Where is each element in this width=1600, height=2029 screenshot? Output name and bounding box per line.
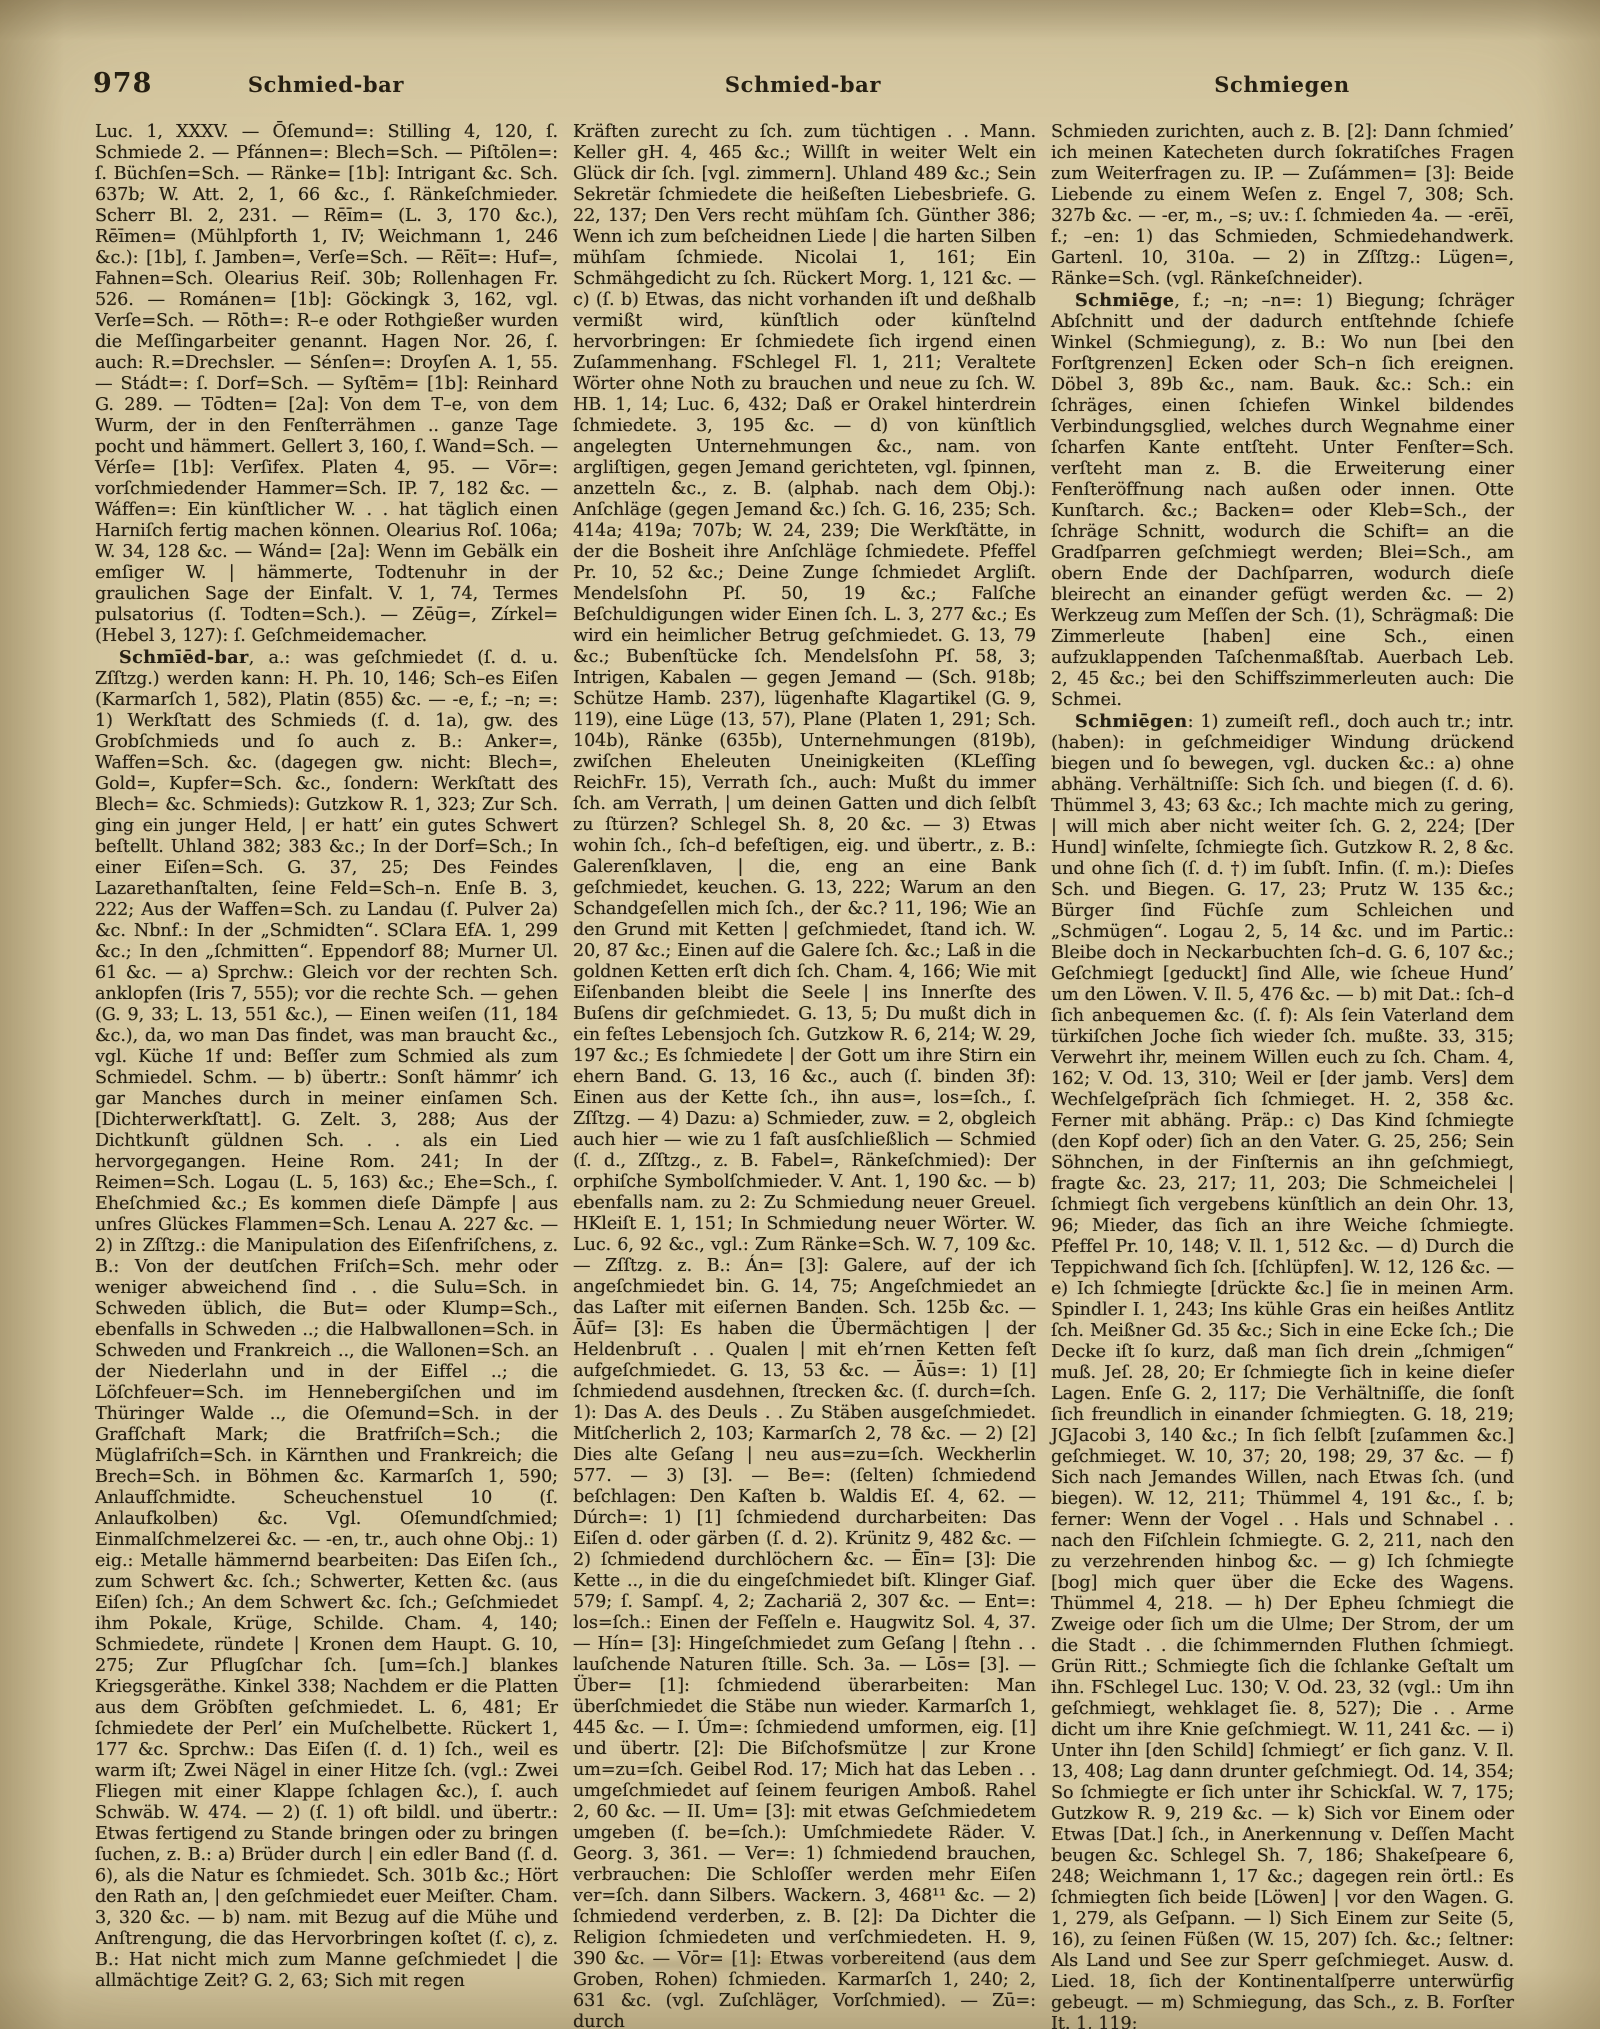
entry-headword: Schmiēgen <box>1075 711 1188 732</box>
entry-headword: Schmīēd-bar <box>119 647 249 668</box>
entry-continuation: Schmieden zurichten, auch z. B. [2]: Dan… <box>1051 122 1514 290</box>
entry-continuation: Kräften zurecht zu ſch. zum tüchtigen . … <box>573 122 1036 2029</box>
running-head-right: Schmiegen <box>1049 72 1515 97</box>
text-column-right: Schmieden zurichten, auch z. B. [2]: Dan… <box>1051 122 1514 2029</box>
dictionary-entry: Schmīēd-bar, a.: was geſchmiedet (ſ. d. … <box>95 647 558 1992</box>
running-head-center: Schmied-bar <box>572 72 1034 97</box>
text-columns: Luc. 1, XXXV. — Ōſemund=: Stilling 4, 12… <box>95 122 1515 2029</box>
entry-headword: Schmiēge <box>1075 290 1174 311</box>
text-column-left: Luc. 1, XXXV. — Ōſemund=: Stilling 4, 12… <box>95 122 558 2029</box>
dictionary-entry: Schmiēgen: 1) zumeiſt refl., doch auch t… <box>1051 711 1514 2029</box>
text-column-center: Kräften zurecht zu ſch. zum tüchtigen . … <box>573 122 1036 2029</box>
show-through-smudge <box>625 1958 955 1971</box>
dictionary-page-scan: 978 Schmied-bar Schmied-bar Schmiegen Lu… <box>0 0 1600 2029</box>
running-head-left: Schmied-bar <box>95 72 557 97</box>
dictionary-entry: Schmiēge, f.; –n; –n=: 1) Biegung; ſchrä… <box>1051 290 1514 711</box>
entry-continuation: Luc. 1, XXXV. — Ōſemund=: Stilling 4, 12… <box>95 122 558 647</box>
